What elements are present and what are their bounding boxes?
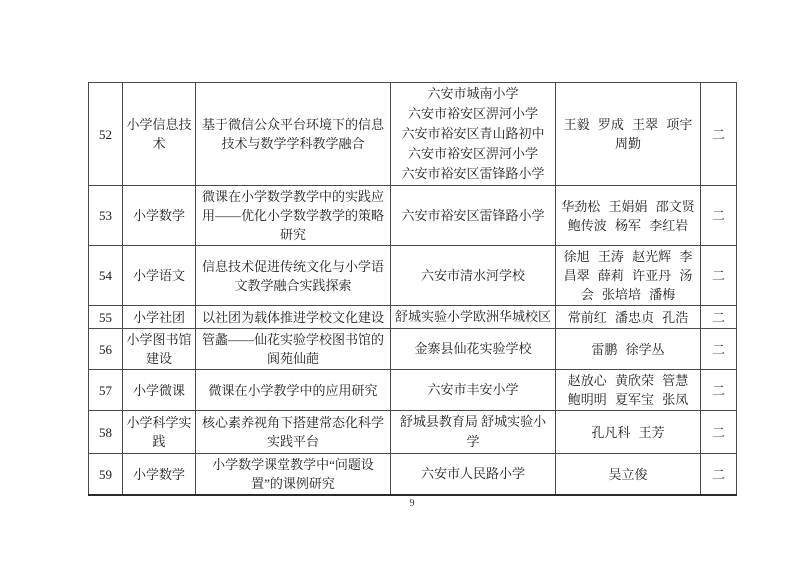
table-row: 52 小学信息技术 基于微信公众平台环境下的信息技术与数学学科教学融合 六安市城… bbox=[89, 83, 737, 186]
school-line: 六安市裕安区淠河小学 bbox=[394, 144, 552, 164]
grade-cell: 二 bbox=[701, 411, 737, 454]
names-cell: 华劲松 王娟娟 邵文贤 鲍传波 杨军 李红岩 bbox=[556, 186, 701, 246]
names-cell: 雷鹏 徐学丛 bbox=[556, 329, 701, 370]
school-line: 舒城实验小学欧洲华城校区 bbox=[394, 307, 552, 327]
title-cell: 以社团为载体推进学校文化建设 bbox=[196, 306, 391, 329]
table-row: 57 小学微课 微课在小学教学中的应用研究 六安市丰安小学 赵放心 黄欣荣 管慧… bbox=[89, 370, 737, 411]
title-cell: 微课在小学数学教学中的实践应用——优化小学数学教学的策略研究 bbox=[196, 186, 391, 246]
row-number-cell: 56 bbox=[89, 329, 123, 370]
table-row: 56 小学图书馆建设 管蠡——仙花实验学校图书馆的阆苑仙葩 金寨县仙花实验学校 … bbox=[89, 329, 737, 370]
grade-cell: 二 bbox=[701, 306, 737, 329]
title-cell: 信息技术促进传统文化与小学语文教学融合实践探索 bbox=[196, 246, 391, 306]
school-line: 六安市清水河学校 bbox=[394, 266, 552, 286]
table-row: 59 小学数学 小学数学课堂教学中“问题设置”的课例研究 六安市人民路小学 吴立… bbox=[89, 454, 737, 496]
category-cell: 小学科学实践 bbox=[123, 411, 196, 454]
page-number: 9 bbox=[88, 498, 736, 509]
school-line: 六安市人民路小学 bbox=[394, 464, 552, 484]
school-cell: 六安市城南小学六安市裕安区淠河小学六安市裕安区青山路初中六安市裕安区淠河小学六安… bbox=[391, 83, 556, 186]
table-row: 58 小学科学实践 核心素养视角下搭建常态化科学实践平台 舒城县教育局 舒城实验… bbox=[89, 411, 737, 454]
category-cell: 小学社团 bbox=[123, 306, 196, 329]
title-cell: 核心素养视角下搭建常态化科学实践平台 bbox=[196, 411, 391, 454]
category-cell: 小学数学 bbox=[123, 186, 196, 246]
school-line: 六安市裕安区青山路初中 bbox=[394, 124, 552, 144]
document-page: 52 小学信息技术 基于微信公众平台环境下的信息技术与数学学科教学融合 六安市城… bbox=[0, 0, 800, 565]
school-line: 六安市裕安区雷锋路小学 bbox=[394, 206, 552, 226]
title-cell: 微课在小学教学中的应用研究 bbox=[196, 370, 391, 411]
names-cell: 吴立俊 bbox=[556, 454, 701, 496]
school-line: 六安市裕安区雷锋路小学 bbox=[394, 164, 552, 184]
results-table-body: 52 小学信息技术 基于微信公众平台环境下的信息技术与数学学科教学融合 六安市城… bbox=[89, 83, 737, 496]
row-number-cell: 58 bbox=[89, 411, 123, 454]
school-cell: 六安市丰安小学 bbox=[391, 370, 556, 411]
category-cell: 小学语文 bbox=[123, 246, 196, 306]
school-cell: 六安市清水河学校 bbox=[391, 246, 556, 306]
row-number-cell: 59 bbox=[89, 454, 123, 496]
category-cell: 小学信息技术 bbox=[123, 83, 196, 186]
school-cell: 金寨县仙花实验学校 bbox=[391, 329, 556, 370]
grade-cell: 二 bbox=[701, 83, 737, 186]
names-cell: 王毅 罗成 王翠 项宇 周勤 bbox=[556, 83, 701, 186]
names-cell: 徐旭 王涛 赵光辉 李昌翠 薛莉 许亚丹 汤会 张培培 潘梅 bbox=[556, 246, 701, 306]
school-line: 金寨县仙花实验学校 bbox=[394, 339, 552, 359]
school-cell: 六安市裕安区雷锋路小学 bbox=[391, 186, 556, 246]
school-cell: 舒城县教育局 舒城实验小学 bbox=[391, 411, 556, 454]
title-cell: 管蠡——仙花实验学校图书馆的阆苑仙葩 bbox=[196, 329, 391, 370]
grade-cell: 二 bbox=[701, 454, 737, 496]
school-cell: 舒城实验小学欧洲华城校区 bbox=[391, 306, 556, 329]
title-cell: 基于微信公众平台环境下的信息技术与数学学科教学融合 bbox=[196, 83, 391, 186]
school-line: 六安市丰安小学 bbox=[394, 380, 552, 400]
school-line: 六安市城南小学 bbox=[394, 84, 552, 104]
grade-cell: 二 bbox=[701, 370, 737, 411]
table-row: 53 小学数学 微课在小学数学教学中的实践应用——优化小学数学教学的策略研究 六… bbox=[89, 186, 737, 246]
table-row: 55 小学社团 以社团为载体推进学校文化建设 舒城实验小学欧洲华城校区 常前红 … bbox=[89, 306, 737, 329]
results-table: 52 小学信息技术 基于微信公众平台环境下的信息技术与数学学科教学融合 六安市城… bbox=[88, 82, 737, 496]
row-number-cell: 53 bbox=[89, 186, 123, 246]
school-line: 舒城县教育局 舒城实验小学 bbox=[394, 412, 552, 452]
category-cell: 小学微课 bbox=[123, 370, 196, 411]
row-number-cell: 52 bbox=[89, 83, 123, 186]
names-cell: 常前红 潘忠贞 孔浩 bbox=[556, 306, 701, 329]
school-cell: 六安市人民路小学 bbox=[391, 454, 556, 496]
school-line: 六安市裕安区淠河小学 bbox=[394, 104, 552, 124]
grade-cell: 二 bbox=[701, 246, 737, 306]
row-number-cell: 55 bbox=[89, 306, 123, 329]
grade-cell: 二 bbox=[701, 186, 737, 246]
category-cell: 小学图书馆建设 bbox=[123, 329, 196, 370]
title-cell: 小学数学课堂教学中“问题设置”的课例研究 bbox=[196, 454, 391, 496]
row-number-cell: 54 bbox=[89, 246, 123, 306]
names-cell: 赵放心 黄欣荣 管慧 鲍明明 夏军宝 张凤 bbox=[556, 370, 701, 411]
row-number-cell: 57 bbox=[89, 370, 123, 411]
table-row: 54 小学语文 信息技术促进传统文化与小学语文教学融合实践探索 六安市清水河学校… bbox=[89, 246, 737, 306]
names-cell: 孔凡科 王芳 bbox=[556, 411, 701, 454]
category-cell: 小学数学 bbox=[123, 454, 196, 496]
grade-cell: 二 bbox=[701, 329, 737, 370]
